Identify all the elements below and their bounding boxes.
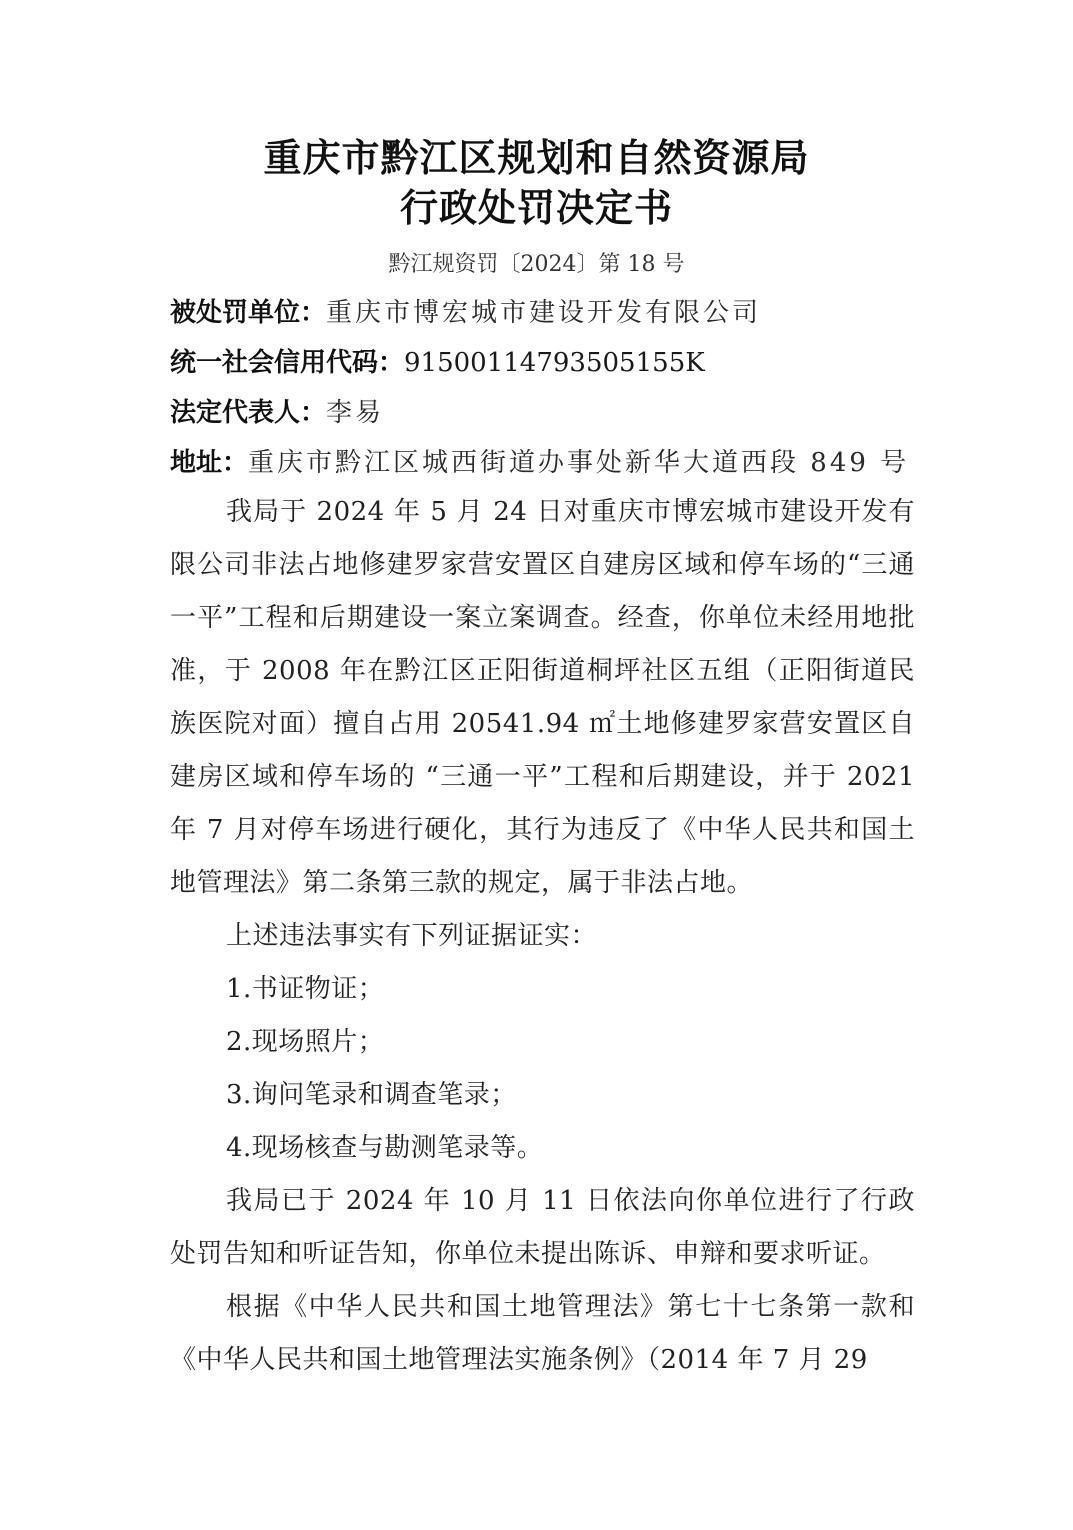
document-body: 我局于 2024 年 5 月 24 日对重庆市博宏城市建设开发有限公司非法占地修… (170, 486, 915, 1387)
field-credit-code: 统一社会信用代码：91500114793505155K (170, 346, 705, 380)
field-label: 地址： (170, 448, 248, 478)
paragraph-notice: 我局已于 2024 年 10 月 11 日依法向你单位进行了行政处罚告知和听证告… (170, 1175, 915, 1281)
evidence-item: 1.书证物证； (170, 963, 915, 1016)
field-legal-representative: 法定代表人：李易 (170, 396, 384, 430)
field-label: 被处罚单位： (170, 298, 326, 328)
document-title-line1: 重庆市黔江区规划和自然资源局 (0, 135, 1073, 181)
field-value: 重庆市黔江区城西街道办事处新华大道西段 849 号 (248, 448, 909, 478)
field-value: 重庆市博宏城市建设开发有限公司 (326, 298, 761, 328)
evidence-item: 2.现场照片； (170, 1016, 915, 1069)
field-penalized-unit: 被处罚单位：重庆市博宏城市建设开发有限公司 (170, 296, 761, 330)
document-title-line2: 行政处罚决定书 (0, 185, 1073, 231)
document-number: 黔江规资罚〔2024〕第 18 号 (0, 250, 1073, 280)
paragraph-legal-basis: 根据《中华人民共和国土地管理法》第七十七条第一款和《中华人民共和国土地管理法实施… (170, 1281, 915, 1387)
paragraph-evidence-intro: 上述违法事实有下列证据证实： (170, 910, 915, 963)
field-label: 法定代表人： (170, 398, 326, 428)
field-label: 统一社会信用代码： (170, 348, 404, 378)
document-page: 重庆市黔江区规划和自然资源局 行政处罚决定书 黔江规资罚〔2024〕第 18 号… (0, 0, 1073, 1530)
field-address: 地址：重庆市黔江区城西街道办事处新华大道西段 849 号 (170, 446, 909, 480)
evidence-item: 3.询问笔录和调查笔录； (170, 1069, 915, 1122)
paragraph-facts: 我局于 2024 年 5 月 24 日对重庆市博宏城市建设开发有限公司非法占地修… (170, 486, 915, 910)
evidence-item: 4.现场核查与勘测笔录等。 (170, 1122, 915, 1175)
field-value: 91500114793505155K (404, 348, 705, 378)
field-value: 李易 (326, 398, 384, 428)
